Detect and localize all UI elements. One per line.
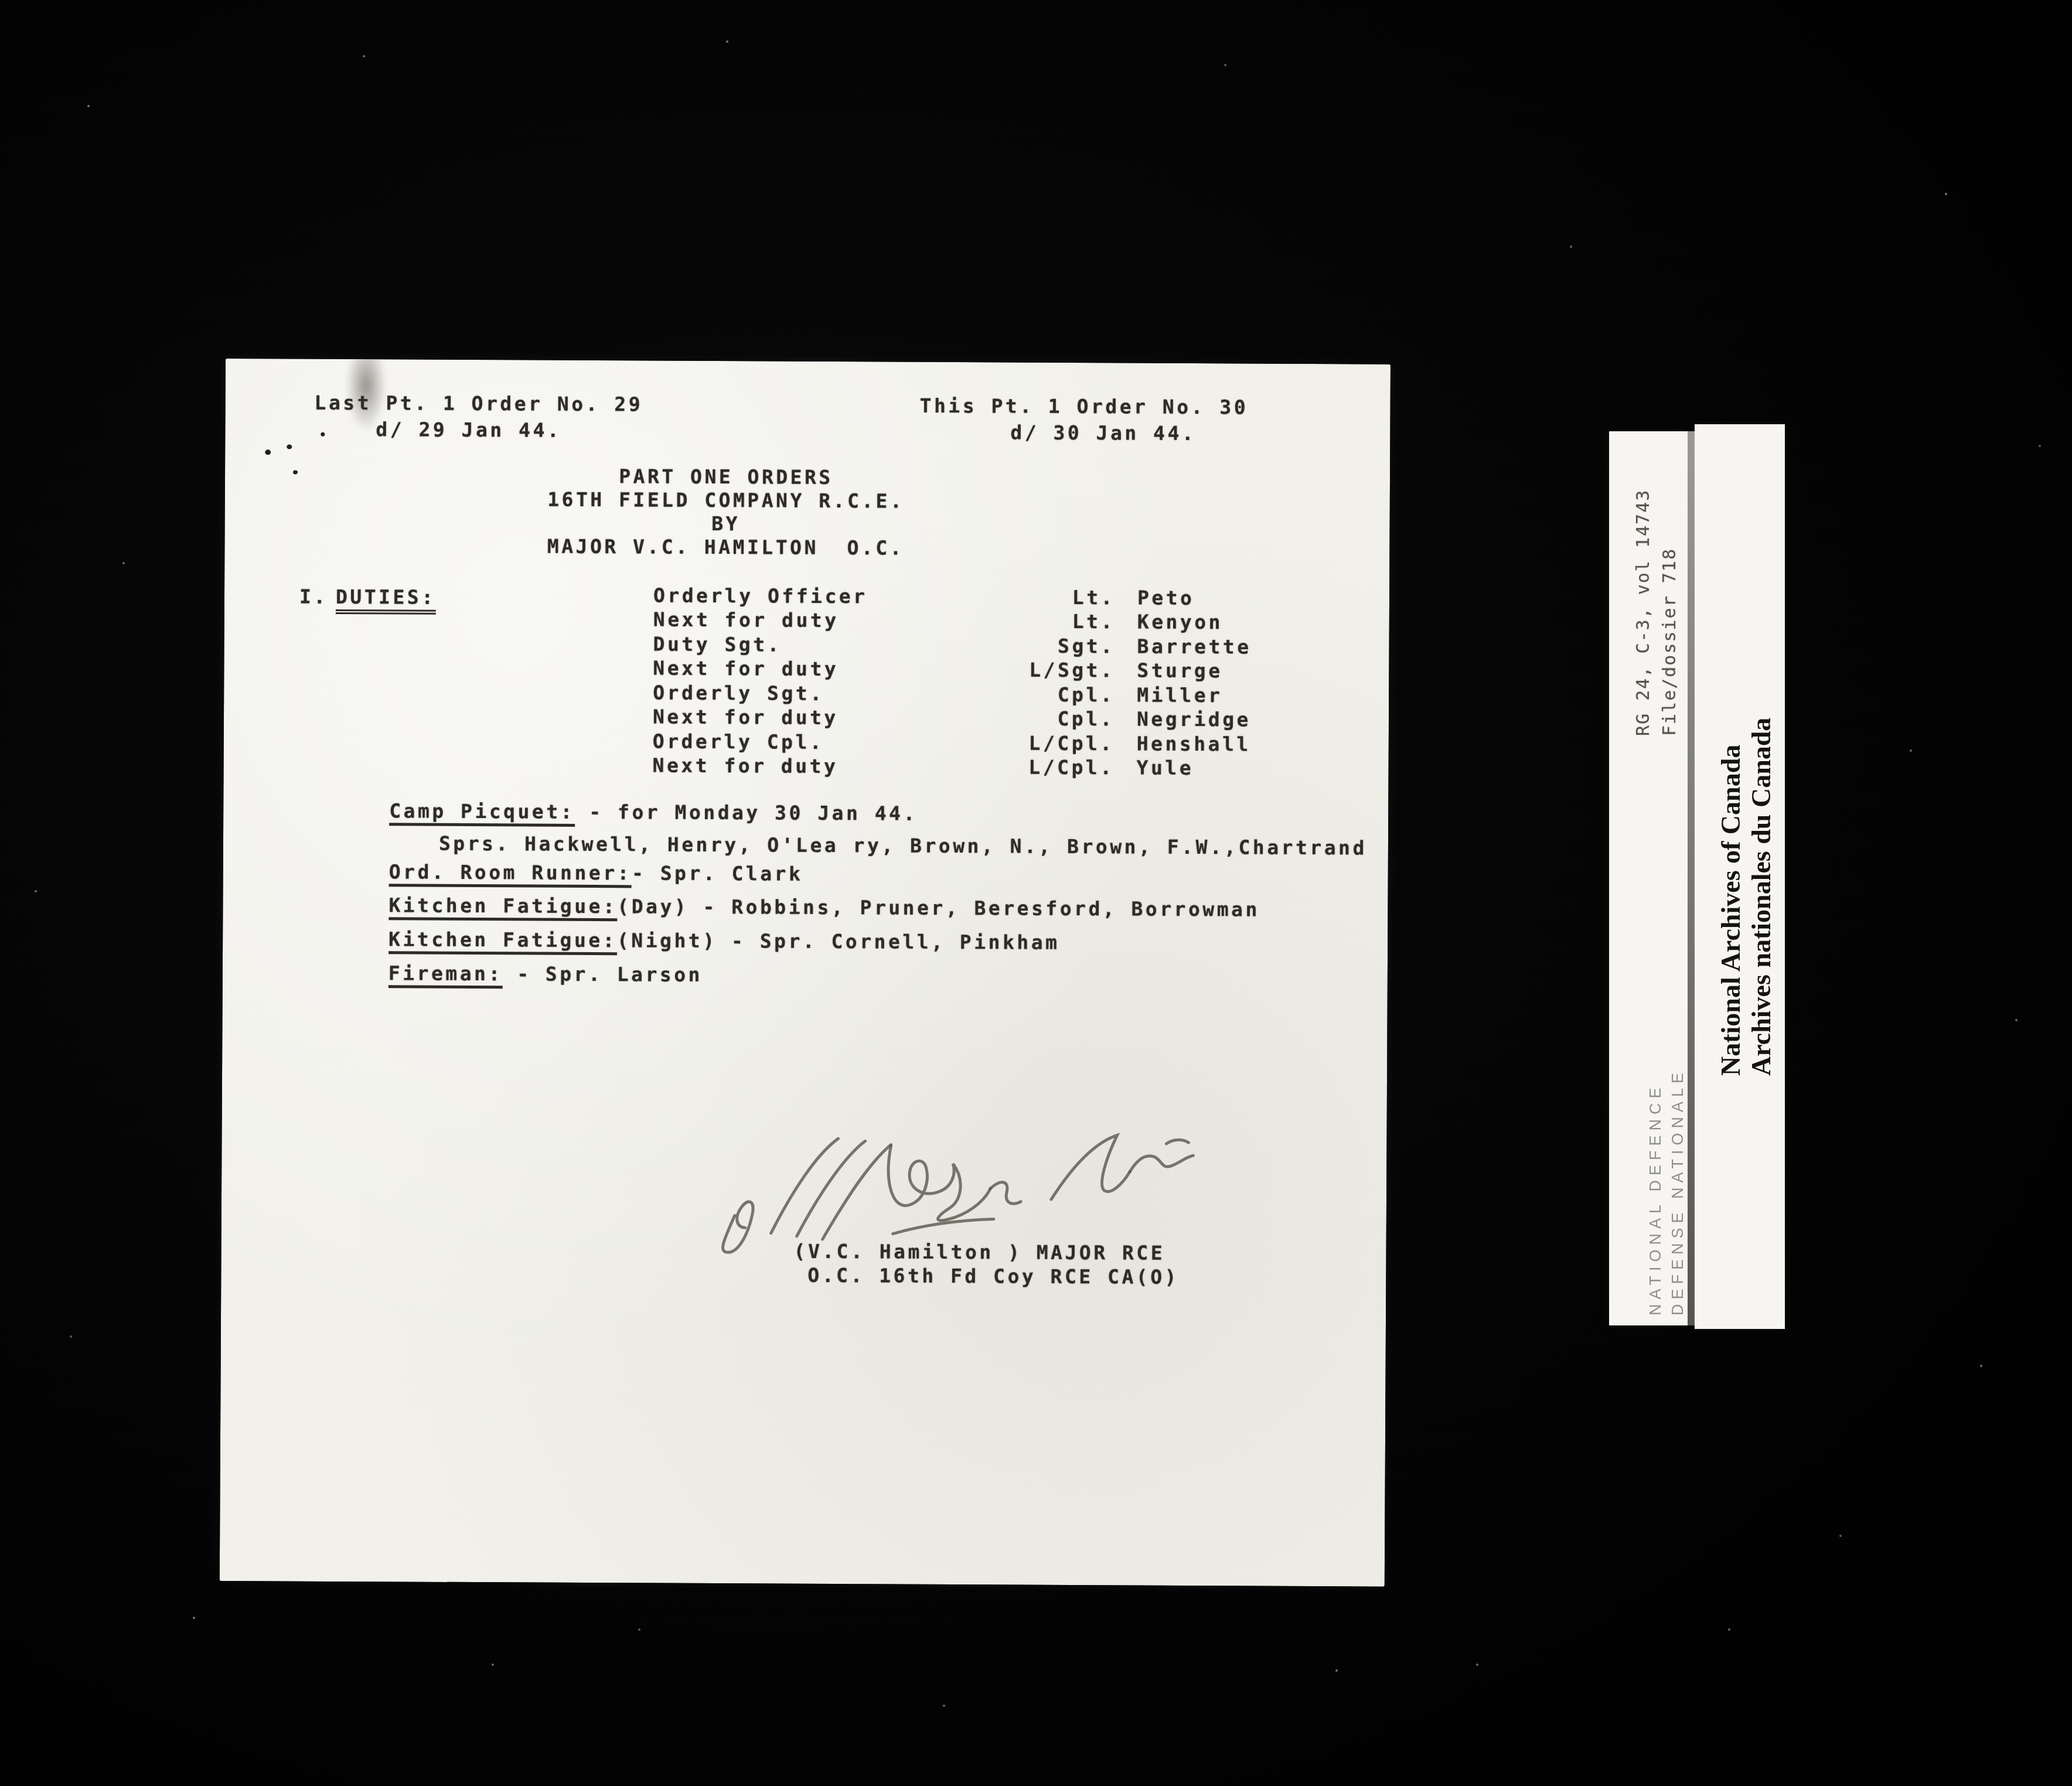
assignment-label: Camp Picquet: bbox=[389, 799, 575, 827]
assignment-line-kitchen-day: Kitchen Fatigue:(Day) - Robbins, Pruner,… bbox=[388, 894, 1260, 921]
national-archives-line1: National Archives of Canada bbox=[1716, 677, 1746, 1076]
assignment-text: - for Monday 30 Jan 44. bbox=[575, 800, 918, 825]
title-line: PART ONE ORDERS bbox=[433, 464, 1019, 490]
national-defence-line2: DEFENSE NATIONALE bbox=[1667, 1081, 1689, 1315]
archive-reference-line1: RG 24, C-3, vol 14743 bbox=[1630, 461, 1657, 736]
assignment-text: Sprs. Hackwell, Henry, O'Lea ry, Brown, … bbox=[439, 832, 1367, 860]
assignment-text: - Spr. Clark bbox=[632, 861, 803, 885]
assignment-line-camp-picquet: Camp Picquet: - for Monday 30 Jan 44. bbox=[389, 799, 918, 824]
assignment-label: Fireman: bbox=[388, 962, 503, 989]
duty-label: Next for duty bbox=[653, 608, 839, 632]
duty-label: Duty Sgt. bbox=[653, 633, 782, 656]
duty-name: Sturge bbox=[1137, 659, 1222, 683]
last-order-date: d/ 29 Jan 44. bbox=[376, 416, 643, 444]
this-order-number: This Pt. 1 Order No. 30 bbox=[920, 393, 1249, 421]
title-line: BY bbox=[433, 511, 1019, 537]
duty-label: Next for duty bbox=[653, 754, 839, 778]
duty-label: Orderly Cpl. bbox=[653, 730, 824, 754]
signatory-title: O.C. 16th Fd Coy RCE CA(O) bbox=[807, 1263, 1179, 1289]
assignment-line-room-runner: Ord. Room Runner:- Spr. Clark bbox=[389, 860, 803, 885]
assignment-label: Kitchen Fatigue: bbox=[388, 928, 617, 955]
national-archives-label: National Archives of Canada Archives nat… bbox=[1716, 1076, 2072, 1137]
national-defence-label: NATIONAL DEFENCE DEFENSE NATIONALE bbox=[1644, 1315, 1879, 1360]
duty-rank: L/Sgt. bbox=[1003, 658, 1115, 681]
duty-rank: Lt. bbox=[1004, 585, 1115, 609]
duty-name: Henshall bbox=[1137, 732, 1251, 756]
national-archives-line2: Archives nationales du Canada bbox=[1746, 677, 1777, 1076]
ink-speck bbox=[293, 471, 298, 475]
title-line: MAJOR V.C. HAMILTON O.C. bbox=[432, 534, 1018, 561]
duty-rank: Sgt. bbox=[1004, 634, 1115, 657]
duty-rank: Cpl. bbox=[1003, 683, 1115, 706]
signature-block: (V.C. Hamilton ) MAJOR RCE O.C. 16th Fd … bbox=[793, 1239, 1179, 1289]
document-page: Last Pt. 1 Order No. 29 d/ 29 Jan 44. Th… bbox=[220, 359, 1391, 1587]
national-defence-line1: NATIONAL DEFENCE bbox=[1644, 1081, 1667, 1315]
this-order-date: d/ 30 Jan 44. bbox=[1010, 420, 1248, 447]
assignment-label: Ord. Room Runner: bbox=[389, 860, 632, 888]
assignment-text: (Day) - Robbins, Pruner, Beresford, Borr… bbox=[617, 895, 1260, 921]
duty-rank: Cpl. bbox=[1003, 707, 1115, 730]
microfilm-frame: Last Pt. 1 Order No. 29 d/ 29 Jan 44. Th… bbox=[0, 0, 2072, 1786]
document-title: PART ONE ORDERS 16TH FIELD COMPANY R.C.E… bbox=[432, 464, 1019, 561]
duty-name: Peto bbox=[1137, 587, 1195, 609]
order-header-this: This Pt. 1 Order No. 30 d/ 30 Jan 44. bbox=[919, 393, 1248, 447]
duty-label: Next for duty bbox=[653, 705, 839, 730]
last-order-number: Last Pt. 1 Order No. 29 bbox=[315, 390, 643, 418]
duty-row: Next for duty L/Cpl. Yule bbox=[224, 752, 1389, 782]
assignment-text: (Night) - Spr. Cornell, Pinkham bbox=[617, 929, 1060, 954]
assignment-line-kitchen-night: Kitchen Fatigue:(Night) - Spr. Cornell, … bbox=[388, 928, 1059, 954]
ink-speck bbox=[287, 445, 292, 449]
assignment-label: Kitchen Fatigue: bbox=[388, 894, 617, 921]
duty-rank: L/Cpl. bbox=[1003, 731, 1115, 755]
duty-label: Orderly Sgt. bbox=[653, 681, 824, 705]
signatory-name: (V.C. Hamilton ) MAJOR RCE bbox=[793, 1239, 1179, 1265]
archive-reference-line2: File/dossier 718 bbox=[1657, 461, 1683, 736]
duty-name: Kenyon bbox=[1137, 611, 1223, 634]
duty-rank: Lt. bbox=[1004, 609, 1115, 633]
film-dust-specks bbox=[0, 0, 1, 1]
assignment-line-fireman: Fireman: - Spr. Larson bbox=[388, 962, 703, 986]
duty-name: Miller bbox=[1137, 684, 1222, 707]
ink-speck bbox=[265, 449, 271, 455]
duty-name: Barrette bbox=[1137, 635, 1252, 659]
title-line: 16TH FIELD COMPANY R.C.E. bbox=[433, 488, 1019, 514]
duty-name: Yule bbox=[1137, 756, 1194, 779]
order-header-last: Last Pt. 1 Order No. 29 d/ 29 Jan 44. bbox=[314, 390, 643, 444]
duty-label: Next for duty bbox=[653, 657, 839, 681]
duty-name: Negridge bbox=[1137, 708, 1251, 731]
assignment-line-picquet-names: Sprs. Hackwell, Henry, O'Lea ry, Brown, … bbox=[439, 832, 1367, 860]
duty-label: Orderly Officer bbox=[653, 584, 868, 608]
duty-rank: L/Cpl. bbox=[1003, 755, 1115, 779]
assignment-text: - Spr. Larson bbox=[503, 962, 703, 986]
